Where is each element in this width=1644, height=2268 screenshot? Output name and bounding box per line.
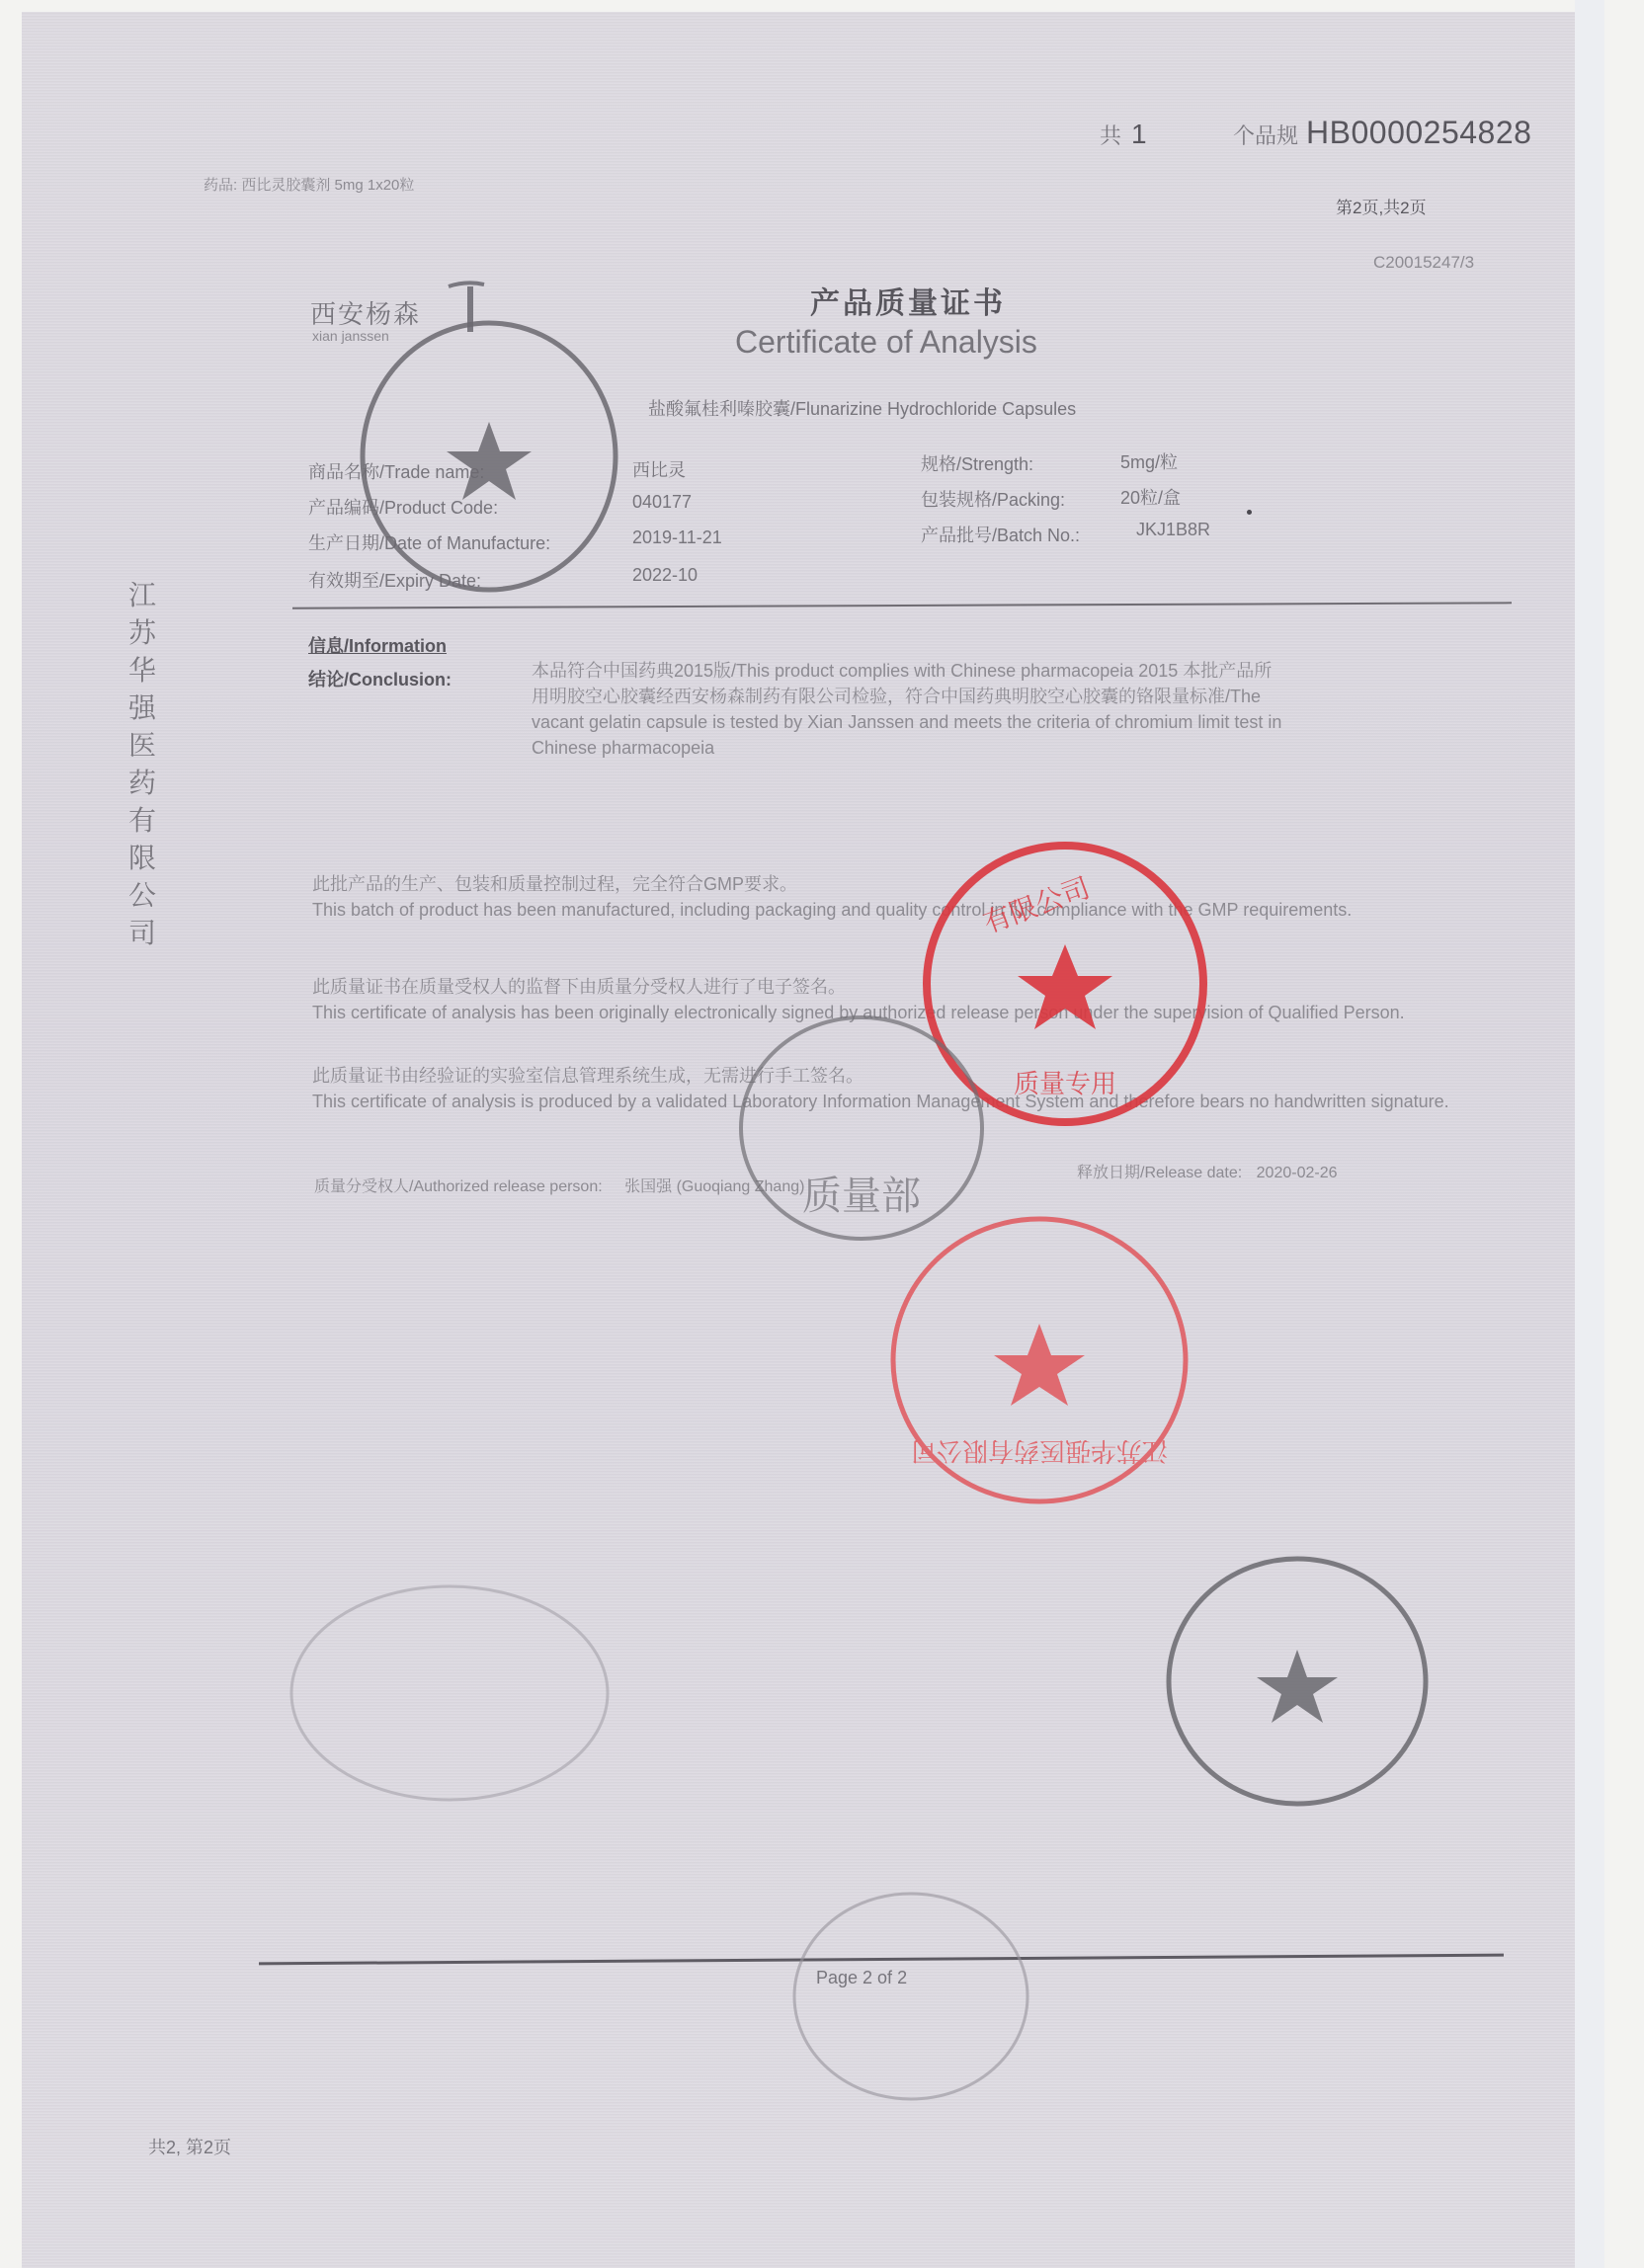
trade-name-value: 西比灵	[632, 456, 686, 482]
item-count: 共1	[1100, 119, 1147, 150]
packing-label: 包装规格/Packing:	[921, 486, 1065, 512]
product-name: 盐酸氟桂利嗪胶囊/Flunarizine Hydrochloride Capsu…	[648, 395, 1076, 421]
trade-name-label: 商品名称/Trade name:	[308, 458, 484, 484]
lims-statement-cn: 此质量证书由经验证的实验室信息管理系统生成，无需进行手工签名。	[312, 1063, 1494, 1089]
certificate-title-en: Certificate of Analysis	[735, 324, 1037, 361]
release-person-value: 张国强 (Guoqiang Zhang)	[624, 1178, 804, 1195]
strength-value: 5mg/粒	[1120, 448, 1178, 474]
batch-no-label: 产品批号/Batch No.:	[921, 522, 1080, 547]
page-indicator-cn: 第2页,共2页	[1336, 194, 1427, 218]
scan-edge	[1575, 0, 1604, 2268]
conclusion-label: 结论/Conclusion:	[308, 666, 452, 691]
product-code-value: 040177	[632, 492, 692, 513]
esign-statement: 此质量证书在质量受权人的监督下由质量分受权人进行了电子签名。 This cert…	[312, 974, 1494, 1025]
release-date: 释放日期/Release date: 2020-02-26	[1077, 1160, 1337, 1182]
packing-value: 20粒/盒	[1120, 484, 1181, 510]
item-count-label: 共	[1100, 123, 1121, 148]
company-logo-en: xian janssen	[312, 328, 389, 344]
item-count-value: 1	[1131, 119, 1147, 149]
spec-code: 个品规HB0000254828	[1233, 115, 1531, 151]
conclusion-text: 本品符合中国药典2015版/This product complies with…	[532, 658, 1282, 761]
release-date-label: 释放日期/Release date:	[1077, 1165, 1242, 1181]
drug-label: 药品: 西比灵胶囊剂 5mg 1x20粒	[204, 174, 414, 195]
release-person: 质量分受权人/Authorized release person: 张国强 (G…	[314, 1174, 804, 1196]
company-logo-cn: 西安杨森	[310, 294, 421, 331]
release-person-label: 质量分受权人/Authorized release person:	[314, 1178, 603, 1195]
manufacture-date-value: 2019-11-21	[632, 527, 722, 548]
product-code-label: 产品编码/Product Code:	[308, 494, 498, 520]
batch-no-value: JKJ1B8R	[1136, 520, 1210, 540]
document-reference: C20015247/3	[1373, 253, 1474, 273]
gmp-statement: 此批产品的生产、包装和质量控制过程，完全符合GMP要求。 This batch …	[312, 871, 1494, 923]
janssen-logo-icon	[447, 279, 486, 338]
spec-code-value: HB0000254828	[1306, 115, 1531, 150]
information-heading: 信息/Information	[308, 632, 447, 658]
expiry-date-label: 有效期至/Expiry Date:	[308, 567, 481, 593]
certificate-title-cn: 产品质量证书	[810, 279, 1006, 322]
gmp-statement-cn: 此批产品的生产、包装和质量控制过程，完全符合GMP要求。	[312, 871, 1494, 897]
esign-statement-cn: 此质量证书在质量受权人的监督下由质量分受权人进行了电子签名。	[312, 974, 1494, 1000]
lims-statement-en: This certificate of analysis is produced…	[312, 1089, 1494, 1114]
manufacture-date-label: 生产日期/Date of Manufacture:	[308, 529, 550, 555]
release-date-value: 2020-02-26	[1257, 1165, 1338, 1181]
gmp-statement-en: This batch of product has been manufactu…	[312, 897, 1494, 923]
esign-statement-en: This certificate of analysis has been or…	[312, 1000, 1494, 1025]
side-company-name: 江苏华强医药有限公司	[123, 577, 162, 952]
bottom-page-note: 共2, 第2页	[148, 2134, 231, 2159]
speck	[1247, 510, 1252, 515]
lims-statement: 此质量证书由经验证的实验室信息管理系统生成，无需进行手工签名。 This cer…	[312, 1063, 1494, 1114]
spec-code-label: 个品规	[1233, 123, 1298, 148]
expiry-date-value: 2022-10	[632, 565, 698, 586]
strength-label: 规格/Strength:	[921, 450, 1033, 476]
footer-page-number: Page 2 of 2	[816, 1968, 907, 1988]
